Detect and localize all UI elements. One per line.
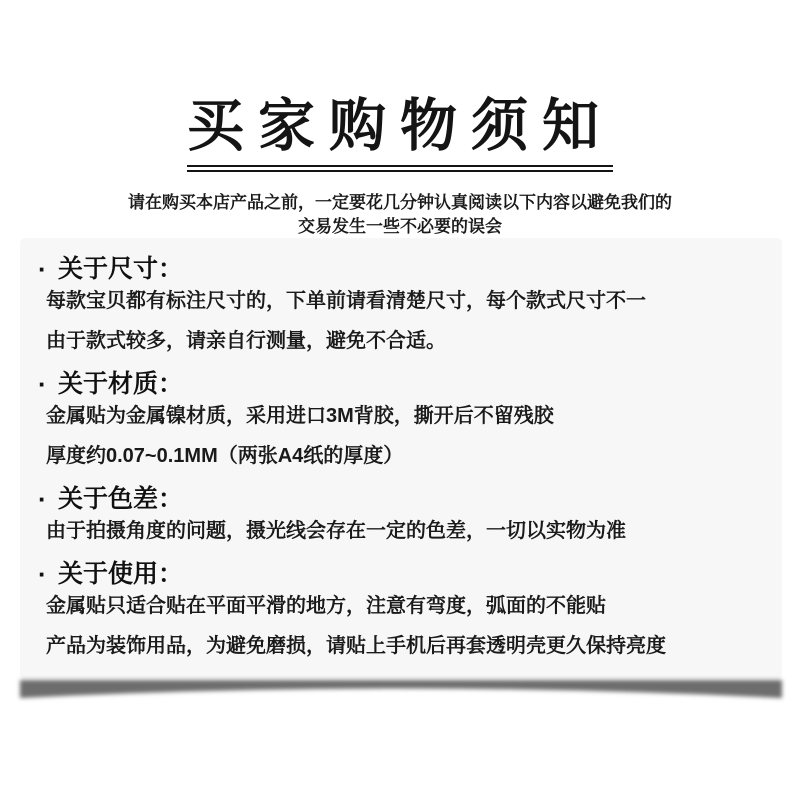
section-usage: · 关于使用： 金属贴只适合贴在平面平滑的地方，注意有弯度，弧面的不能贴 产品为… (38, 559, 760, 658)
title-block: 买家购物须知 (187, 94, 613, 172)
section-size-heading: · 关于尺寸： (38, 254, 760, 284)
subtitle: 请在购买本店产品之前，一定要花几分钟认真阅读以下内容以避免我们的 交易发生一些不… (0, 191, 800, 239)
section-size-line-2: 由于款式较多，请亲自行测量，避免不合适。 (46, 329, 760, 353)
subtitle-line-1: 请在购买本店产品之前，一定要花几分钟认真阅读以下内容以避免我们的 (0, 191, 800, 215)
section-heading-label: 关于材质： (58, 369, 183, 399)
title-double-rule (187, 165, 613, 172)
section-material-heading: · 关于材质： (38, 369, 760, 399)
bullet-dot-icon: · (38, 559, 58, 589)
header: 买家购物须知 请在购买本店产品之前，一定要花几分钟认真阅读以下内容以避免我们的 … (0, 0, 800, 239)
section-heading-label: 关于色差： (58, 484, 183, 514)
section-material-line-1: 金属贴为金属镍材质，采用进口3M背胶，撕开后不留残胶 (46, 404, 760, 428)
section-usage-heading: · 关于使用： (38, 559, 760, 589)
section-color-difference-heading: · 关于色差： (38, 484, 760, 514)
notice-card: · 关于尺寸： 每款宝贝都有标注尺寸的，下单前请看清楚尺寸，每个款式尺寸不一 由… (20, 238, 782, 679)
section-usage-line-1: 金属贴只适合贴在平面平滑的地方，注意有弯度，弧面的不能贴 (46, 594, 760, 618)
subtitle-line-2: 交易发生一些不必要的误会 (0, 215, 800, 239)
bullet-dot-icon: · (38, 484, 58, 514)
section-size: · 关于尺寸： 每款宝贝都有标注尺寸的，下单前请看清楚尺寸，每个款式尺寸不一 由… (38, 254, 760, 353)
section-heading-label: 关于尺寸： (58, 254, 183, 284)
section-size-line-1: 每款宝贝都有标注尺寸的，下单前请看清楚尺寸，每个款式尺寸不一 (46, 289, 760, 313)
bullet-dot-icon: · (38, 369, 58, 399)
bullet-dot-icon: · (38, 254, 58, 284)
section-material-line-2: 厚度约0.07~0.1MM（两张A4纸的厚度） (46, 444, 760, 468)
page-title: 买家购物须知 (187, 94, 613, 158)
section-usage-line-2: 产品为装饰用品，为避免磨损，请贴上手机后再套透明壳更久保持亮度 (46, 634, 760, 658)
section-material: · 关于材质： 金属贴为金属镍材质，采用进口3M背胶，撕开后不留残胶 厚度约0.… (38, 369, 760, 468)
section-color-difference-line-1: 由于拍摄角度的问题，摄光线会存在一定的色差，一切以实物为准 (46, 519, 760, 543)
buyer-notice-page: 买家购物须知 请在购买本店产品之前，一定要花几分钟认真阅读以下内容以避免我们的 … (0, 0, 800, 800)
section-color-difference: · 关于色差： 由于拍摄角度的问题，摄光线会存在一定的色差，一切以实物为准 (38, 484, 760, 543)
section-heading-label: 关于使用： (58, 559, 183, 589)
page-curl-shadow (20, 679, 782, 713)
